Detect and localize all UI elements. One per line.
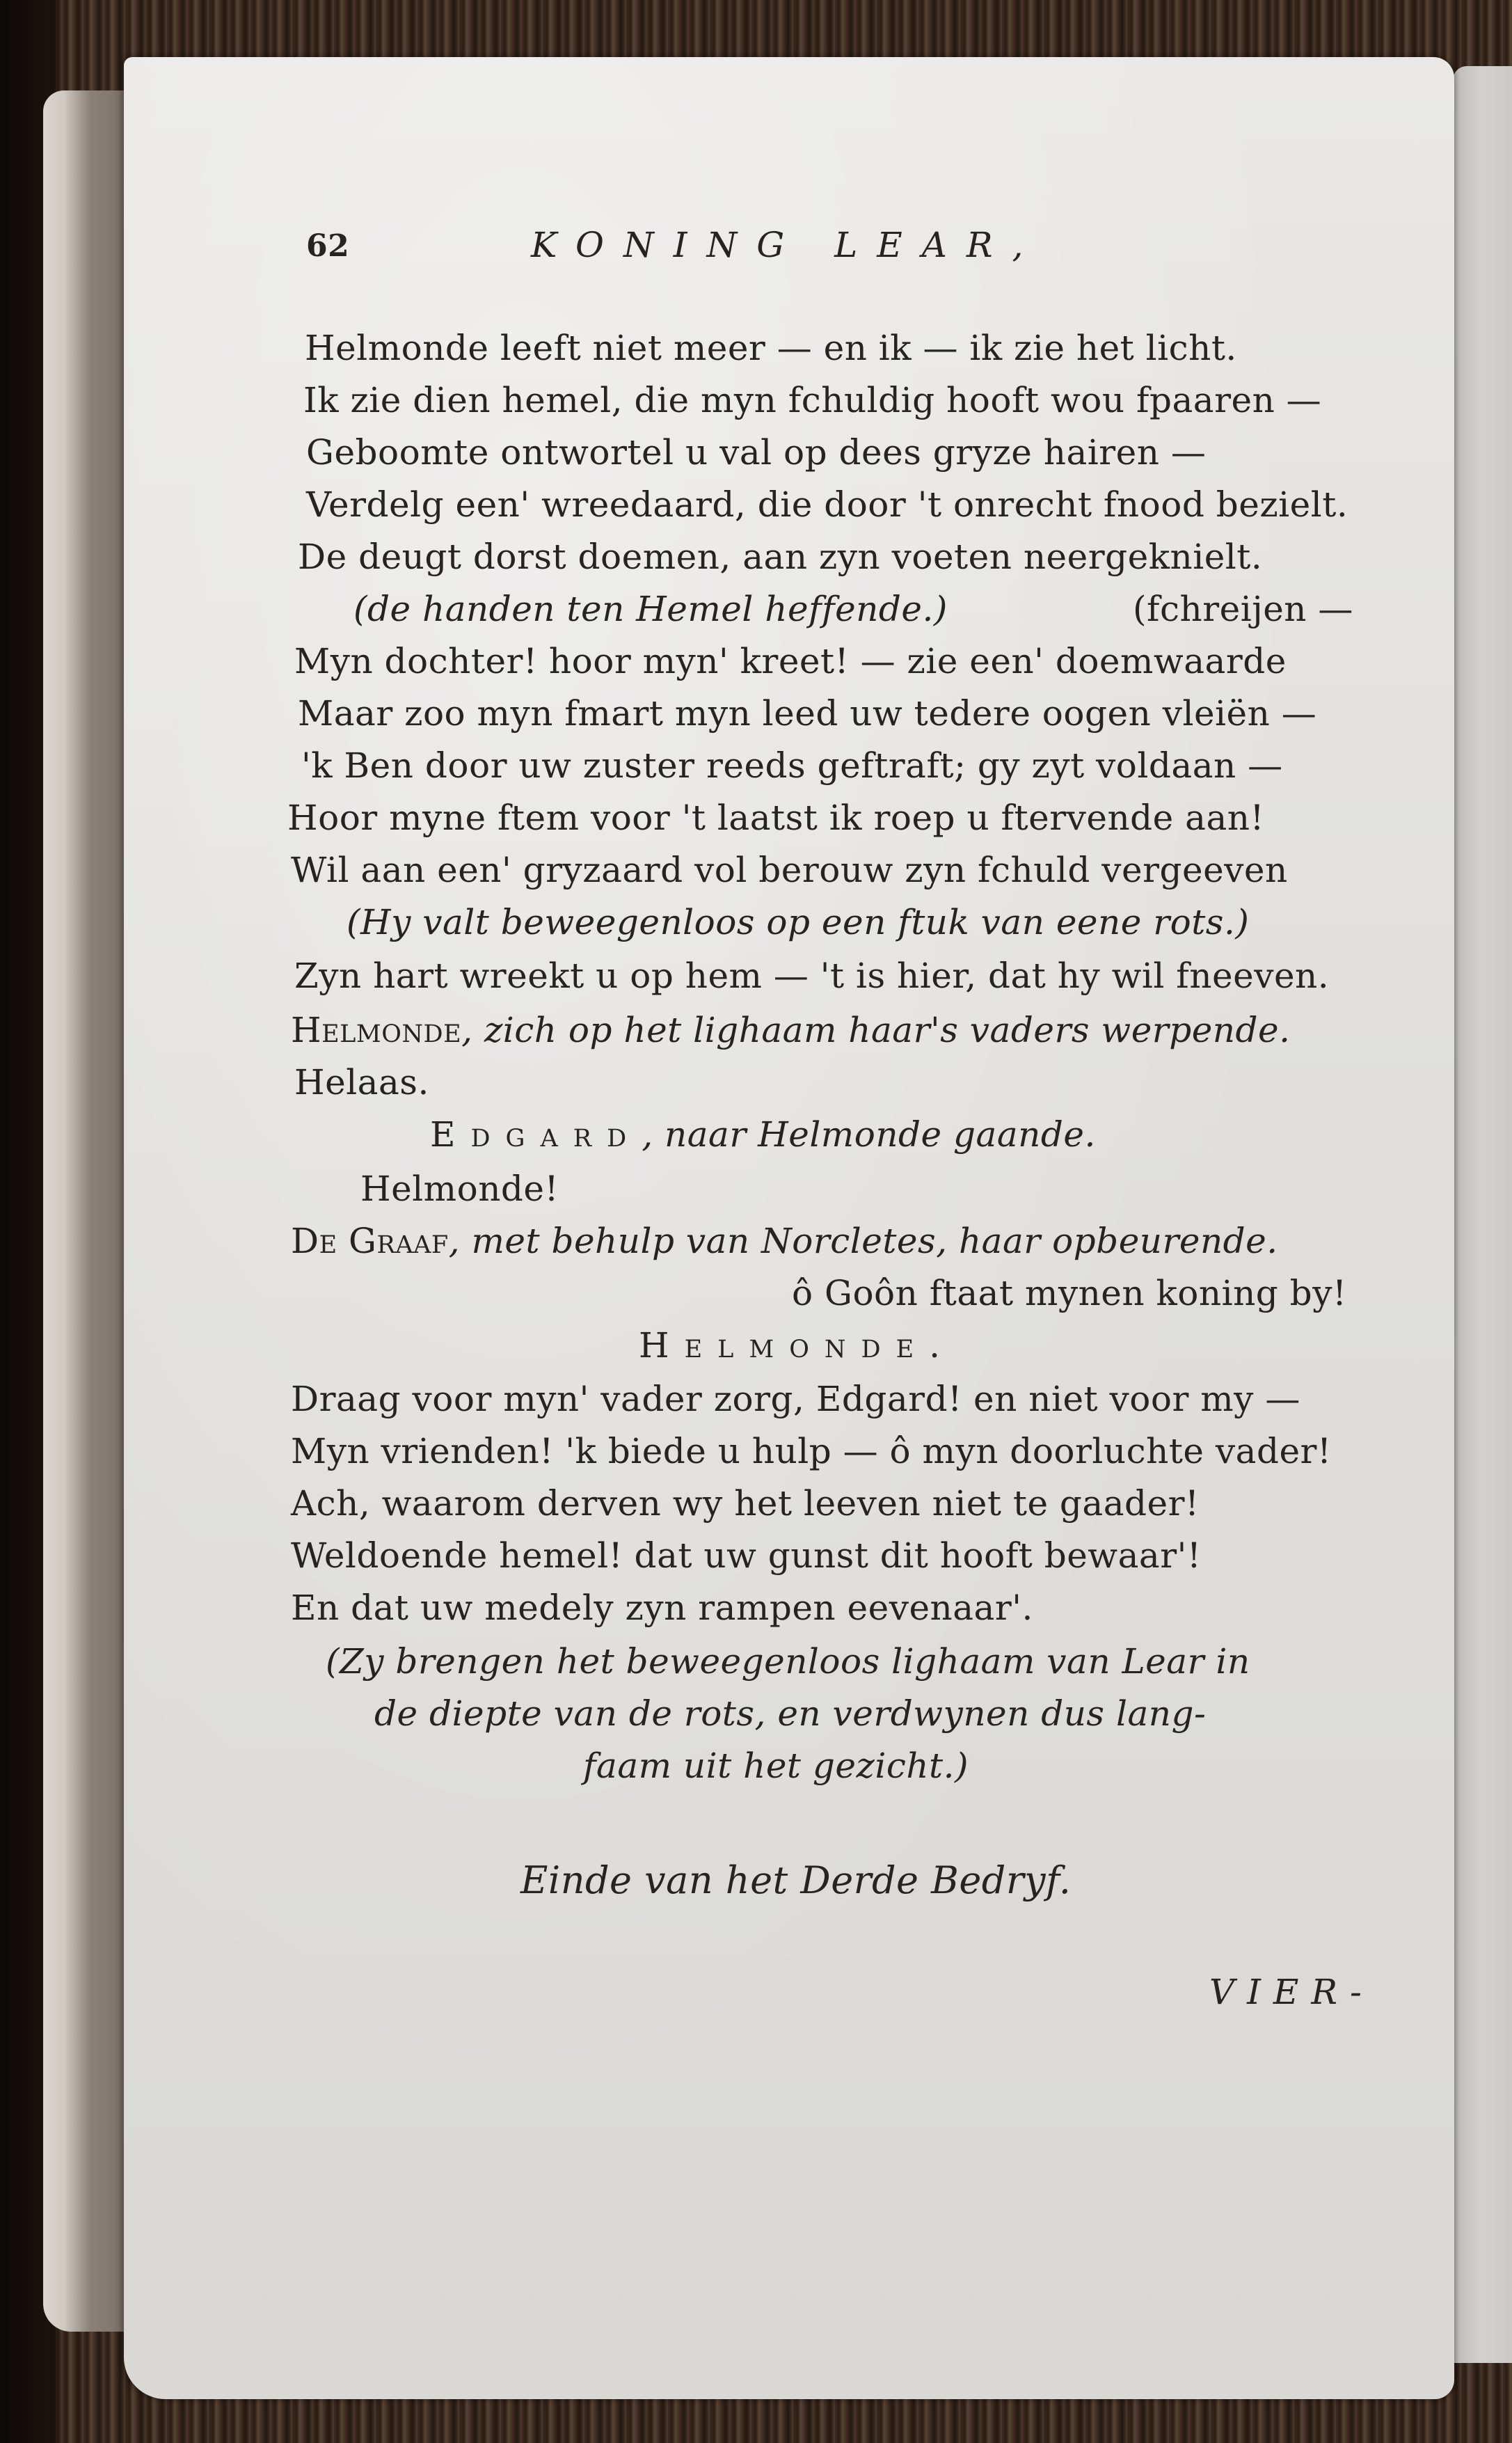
verse-line: Wil aan een' gryzaard vol berouw zyn fch… <box>291 849 1288 891</box>
verse-line: 'k Ben door uw zuster reeds geftraft; gy… <box>301 745 1283 786</box>
speaker-direction: , met behulp van Norcletes, haar opbeure… <box>449 1221 1278 1261</box>
verse-line: Maar zoo myn fmart myn leed uw tedere oo… <box>298 693 1316 734</box>
speaker-name: Helmonde <box>291 1010 461 1050</box>
speaker-heading: De Graaf, met behulp van Norcletes, haar… <box>291 1220 1278 1262</box>
verse-line: Helmonde leeft niet meer — en ik — ik zi… <box>305 327 1237 369</box>
speaker-heading: Helmonde. <box>639 1325 955 1366</box>
verse-line: Ik zie dien hemel, die myn fchuldig hoof… <box>303 379 1321 421</box>
catchword: VIER- <box>1209 1971 1374 2013</box>
verse-line: Draag voor myn' vader zorg, Edgard! en n… <box>291 1378 1300 1420</box>
speaker-heading: Helmonde, zich op het lighaam haar's vad… <box>291 1009 1291 1051</box>
page-number: 62 <box>306 226 349 267</box>
speaker-direction: , zich op het lighaam haar's vaders werp… <box>461 1010 1290 1050</box>
speaker-heading: Edgard, naar Helmonde gaande. <box>430 1114 1096 1155</box>
stage-direction: (de handen ten Hemel heffende.) <box>353 588 948 630</box>
speaker-name: De Graaf <box>291 1221 449 1261</box>
closing-stage-direction: de diepte van de rots, en verdwynen dus … <box>374 1693 1206 1734</box>
running-head: KONING LEAR, <box>531 224 1042 266</box>
closing-stage-direction: faam uit het gezicht.) <box>583 1745 969 1787</box>
verse-line: Weldoende hemel! dat uw gunst dit hooft … <box>291 1535 1201 1576</box>
closing-stage-direction: (Zy brengen het beweegenloos lighaam van… <box>326 1640 1250 1682</box>
verse-line: Ach, waarom derven wy het leeven niet te… <box>291 1483 1200 1524</box>
verse-line: Myn vrienden! 'k biede u hulp — ô myn do… <box>291 1430 1332 1472</box>
stage-direction: (Hy valt beweegenloos op een ftuk van ee… <box>347 901 1249 943</box>
speaker-name: Edgard <box>430 1114 642 1155</box>
verse-line: De deugt dorst doemen, aan zyn voeten ne… <box>298 536 1262 578</box>
verse-line: Helmonde! <box>360 1168 559 1210</box>
speaker-direction: , naar Helmonde gaande. <box>642 1114 1096 1155</box>
stage-direction-right: (fchreijen — <box>1133 588 1353 630</box>
verse-line: Myn dochter! hoor myn' kreet! — zie een'… <box>294 640 1287 682</box>
book-page: 62 KONING LEAR, Helmonde leeft niet meer… <box>124 57 1454 2399</box>
verse-line: Helaas. <box>294 1061 429 1103</box>
verse-line: ô Goôn ftaat mynen koning by! <box>792 1272 1347 1314</box>
verse-line: Zyn hart wreekt u op hem — 't is hier, d… <box>294 955 1329 997</box>
act-end-text: Einde van het Derde Bedryf. <box>520 1860 1071 1902</box>
verse-line: Hoor myne ftem voor 't laatst ik roep u … <box>287 797 1264 839</box>
verse-line: Verdelg een' wreedaard, die door 't onre… <box>306 484 1348 525</box>
verse-line: Geboomte ontwortel u val op dees gryze h… <box>306 432 1206 473</box>
verse-line: En dat uw medely zyn rampen eevenaar'. <box>291 1587 1033 1629</box>
facing-page-edge <box>1453 66 1512 2363</box>
